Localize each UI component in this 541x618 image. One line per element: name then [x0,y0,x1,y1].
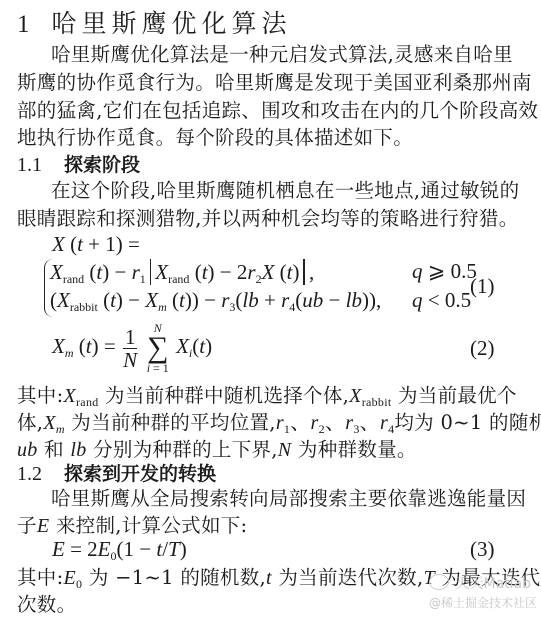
paragraph-line: 眼睛跟踪和探测猎物,并以两种机会均等的策略进行狩猎。 [17,205,519,232]
equation-2: Xm (t) = 1N N∑i = 1 Xi(t) [52,322,212,374]
equation-number-1: (1) [470,274,495,299]
equation-1-condition-1: q ⩾ 0.5 [412,259,477,284]
section-heading-1: 1哈里斯鹰优化算法 [17,4,292,40]
subsection-heading-1-1: 1.1探索阶段 [17,150,140,177]
watermark-channel: 天天Matlab [429,573,531,593]
paragraph-line: 在这个阶段,哈里斯鹰随机栖息在一些地点,通过敏锐的 [51,177,519,204]
paragraph-line-2: 子E 来控制,计算公式如下: [17,512,247,540]
equation-1-lhs: X (t + 1) = [52,232,140,257]
paragraph-line: 部的猛禽,它们在包括追踪、围攻和攻击在内的几个阶段高效 [17,97,538,124]
subsection-heading-1-2: 1.2探索到开发的转换 [17,459,216,486]
subsection-title: 探索到开发的转换 [64,463,216,485]
section-title: 哈里斯鹰优化算法 [52,9,292,38]
equation-1-condition-2: q < 0.5 [412,288,471,313]
equation-1-case-1: Xrand (t) − r1Xrand (t) − 2r2X (t), [50,259,314,287]
equation-1-case-2: (Xrabbit (t) − Xm (t)) − r3(lb + r4(ub −… [50,288,381,315]
equation-number-3: (3) [470,537,495,562]
paragraph-line: 哈里斯鹰优化算法是一种元启发式算法,灵感来自哈里 [51,41,513,68]
equation-number-2: (2) [470,336,495,361]
paragraph-line: 地执行协作觅食。每个阶段的具体描述如下。 [17,124,413,151]
wechat-icon [429,574,449,590]
subsection-number: 1.2 [17,463,42,485]
equation-3: E = 2E0(1 − t/T) [52,537,187,564]
section-number: 1 [17,11,30,38]
explanation-line-5: 次数。 [17,591,76,618]
paragraph-line: 哈里斯鹰从全局搜索转向局部搜索主要依靠逃逸能量因 [51,485,526,512]
watermark-source: @稀土掘金技术社区 [429,594,537,611]
paragraph-line: 斯鹰的协作觅食行为。哈里斯鹰是发现于美国亚利桑那州南 [17,69,532,96]
subsection-number: 1.1 [17,154,42,176]
subsection-title: 探索阶段 [64,154,140,176]
